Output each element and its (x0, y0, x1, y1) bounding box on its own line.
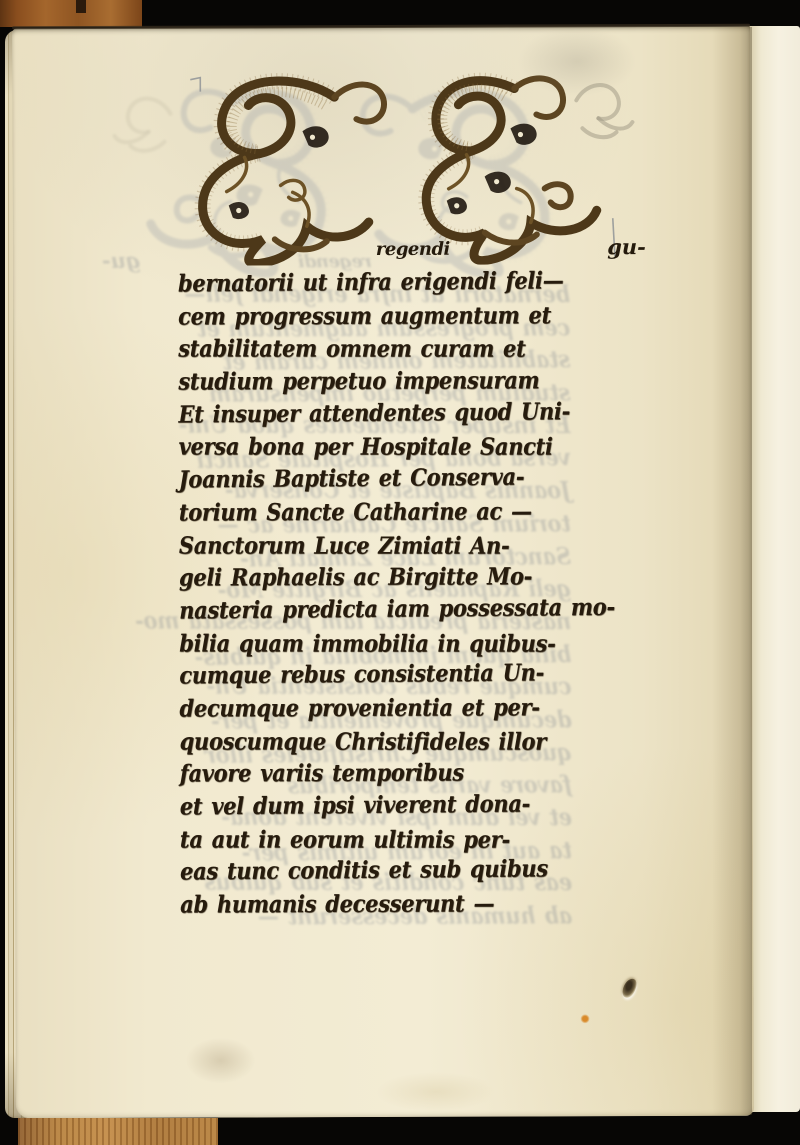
manuscript-line: Et insuper attendentes quod Uni- (178, 393, 650, 434)
frame-notch (76, 0, 86, 13)
parchment-page: regendi gu- bernatorii ut infra erigendi… (12, 26, 754, 1119)
ink-layer: regendi gu- bernatorii ut infra erigendi… (12, 26, 754, 1119)
text-block: bernatorii ut infra erigendi feli— cem p… (178, 266, 652, 921)
inserted-word: regendi (376, 239, 450, 260)
manuscript-line: cem progressum augmentum et (178, 297, 650, 335)
manuscript-line: decumque provenientia et per- (179, 689, 651, 727)
manuscript-photo: regendi gu- bernatorii ut infra erigendi… (0, 0, 800, 1145)
gutter-shadow (712, 27, 752, 1115)
wooden-frame-top (0, 0, 142, 27)
stain (517, 26, 637, 96)
wooden-frame-bottom (18, 1118, 218, 1145)
orange-stain (581, 1014, 590, 1023)
manuscript-line: ab humanis decesserunt — (180, 885, 652, 923)
catchword: gu- (607, 234, 646, 259)
manuscript-line: torium Sancte Catharine ac — (179, 493, 651, 531)
manuscript-line: et vel dum ipsi viverent dona- (180, 785, 652, 826)
header-line: regendi gu- (178, 234, 648, 266)
manuscript-line: bernatorii ut infra erigendi feli— (178, 262, 650, 303)
facing-page-edge (746, 26, 800, 1112)
pencil-hook-mark (190, 78, 200, 92)
stain (376, 1072, 496, 1112)
stain (186, 1037, 256, 1083)
manuscript-line: nasteria predicta iam possessata mo- (179, 589, 651, 630)
